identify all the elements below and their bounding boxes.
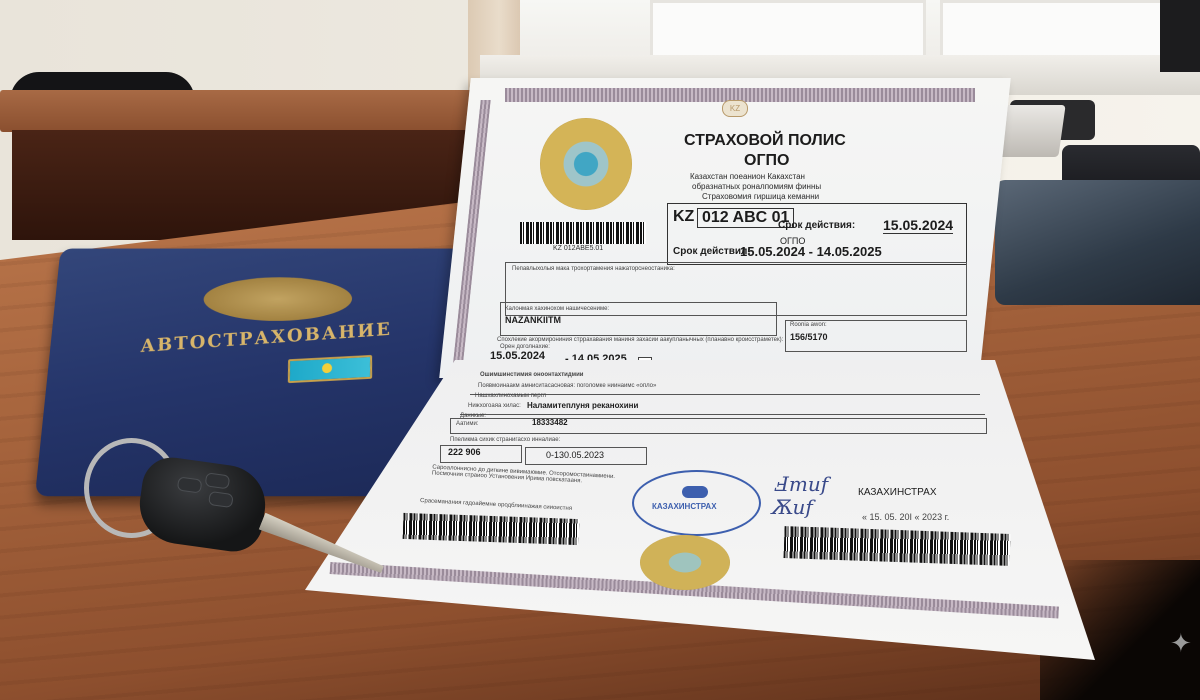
row1: Появмоинаакм амниситасасновая: поголомке…	[478, 383, 656, 389]
owner-label: Пепавлыхолыя мака трохортамения нажаторс…	[512, 266, 675, 272]
insured-value: NAZANKIITM	[505, 315, 561, 325]
trunk-button-icon	[208, 491, 234, 508]
policy-subtitle-1: Казахстан поеанион Какахстан	[690, 172, 805, 181]
insurer-name: КАЗАХИНСТРАХ	[858, 487, 937, 498]
policy-title: СТРАХОВОЙ ПОЛИС	[684, 132, 846, 150]
premium-value: 222 906	[448, 447, 481, 457]
signature-1: Ⅎтиf	[775, 472, 828, 496]
validity-label: Срок действия:	[778, 220, 855, 231]
state-emblem-icon	[540, 118, 632, 210]
policy-type: ОГПО	[744, 152, 789, 170]
folder-title: АВТОСТРАХОВАНИЕ	[140, 319, 392, 357]
stamp-logo-icon	[682, 486, 708, 498]
emblem-icon	[202, 277, 353, 321]
number-label: Roonia awon:	[790, 322, 827, 328]
barcode-top-number: KZ 012ABE5.01	[553, 245, 603, 252]
sparkle-icon: ✦	[1170, 628, 1192, 659]
monitor	[1160, 0, 1200, 72]
unlock-button-icon	[205, 472, 231, 489]
plate-prefix: KZ	[673, 208, 694, 226]
policy-subtitle-2: образнатных роналпомиям финны	[692, 182, 821, 191]
issue-date: « 15. 05. 20І « 2023 г.	[862, 512, 949, 522]
company-stamp: КАЗАХИНСТРАХ	[632, 470, 761, 536]
premium-date: 0-130.05.2023	[546, 450, 604, 460]
policy-subtitle-3: Страховомия гиршица кеманни	[702, 192, 819, 201]
row2: Нашхахлинохамым пергл	[475, 393, 546, 399]
term-label: Спохлекие акормирониния стррахавания ман…	[497, 337, 783, 343]
lock-button-icon	[177, 476, 203, 493]
row5-label: Аатими:	[456, 421, 479, 427]
laptop	[995, 180, 1200, 305]
row3-value: Наламитеплуня реканохини	[527, 401, 638, 410]
insured-label: Калонмая хахинохом нашичесениме:	[505, 306, 609, 312]
row5-field	[450, 418, 987, 434]
validity-date: 15.05.2024	[883, 217, 953, 234]
number-value: 156/5170	[790, 332, 828, 342]
emblem-seal-icon	[640, 535, 730, 590]
kz-badge: KZ	[722, 100, 748, 117]
row5-value: 18333482	[532, 418, 568, 427]
premium-label: Ппеликма сихик странигасхо инналиае:	[450, 437, 560, 443]
barcode-top	[520, 222, 646, 244]
back-desk	[0, 90, 500, 132]
flag-pin-icon	[288, 355, 372, 383]
section-header: Ошимшинстимия оноонтахтидмии	[480, 372, 583, 378]
row3-label: Нижхогоаяа хилас:	[468, 403, 521, 409]
period-value: 15.05.2024 - 14.05.2025	[740, 244, 882, 259]
signature-2: Ѫиf	[770, 495, 813, 519]
